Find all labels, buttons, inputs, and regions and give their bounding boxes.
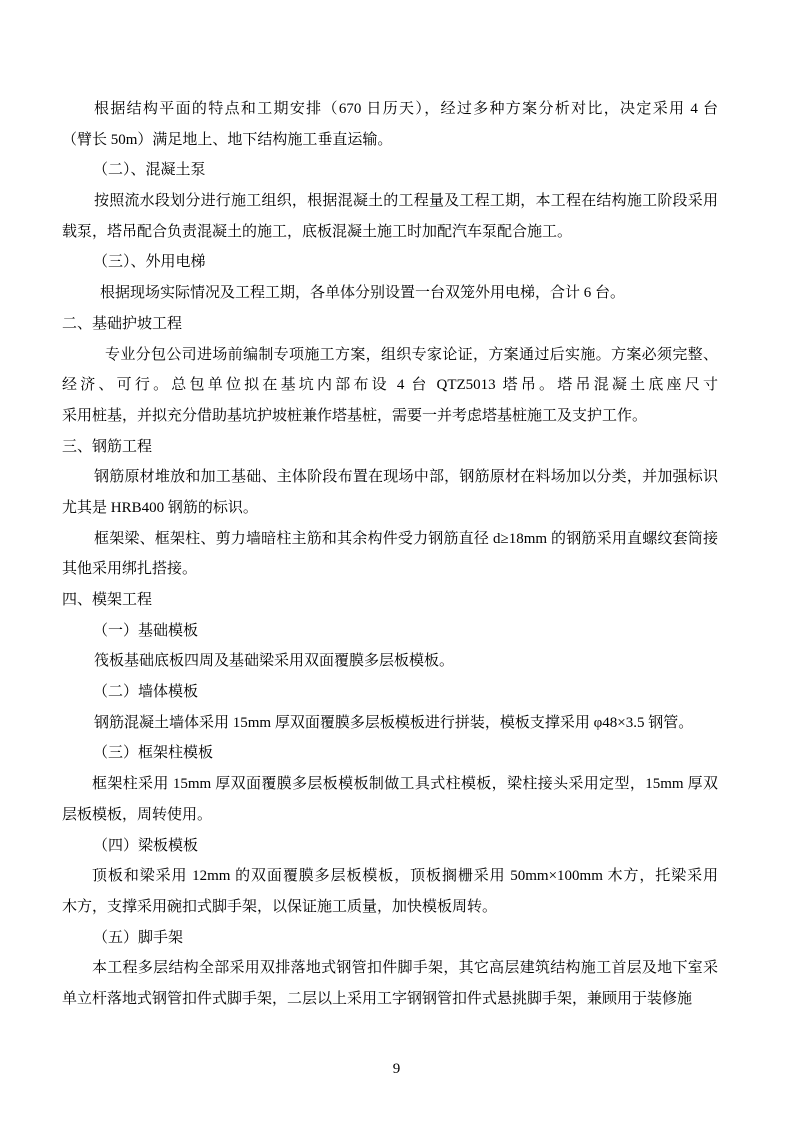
text-line: （三）框架柱模板 <box>62 738 718 769</box>
text-line: （二）、混凝土泵 <box>62 155 718 186</box>
text-line: 根据结构平面的特点和工期安排（670 日历天），经过多种方案分析对比，决定采用 … <box>62 94 718 125</box>
text-line: 钢筋混凝土墙体采用 15mm 厚双面覆膜多层板模板进行拼装，模板支撑采用 φ48… <box>62 708 718 739</box>
text-line: 经济、可行。总包单位拟在基坑内部布设 4 台 QTZ5013 塔吊。塔吊混凝土底… <box>62 370 718 401</box>
document-page: 根据结构平面的特点和工期安排（670 日历天），经过多种方案分析对比，决定采用 … <box>0 0 793 1122</box>
text-line: 尤其是 HRB400 钢筋的标识。 <box>62 493 718 524</box>
text-line: 框架柱采用 15mm 厚双面覆膜多层板模板制做工具式柱模板，梁柱接头采用定型，1… <box>62 769 718 800</box>
text-line: 四、模架工程 <box>62 585 718 616</box>
text-line: 筏板基础底板四周及基础梁采用双面覆膜多层板模板。 <box>62 646 718 677</box>
text-line: （二）墙体模板 <box>62 677 718 708</box>
page-number: 9 <box>0 1058 793 1080</box>
text-line: （五）脚手架 <box>62 923 718 954</box>
text-line: 专业分包公司进场前编制专项施工方案，组织专家论证，方案通过后实施。方案必须完整、… <box>62 340 718 371</box>
text-line: （三）、外用电梯 <box>62 247 718 278</box>
text-line: 层板模板，周转使用。 <box>62 800 718 831</box>
text-line: 根据现场实际情况及工程工期，各单体分别设置一台双笼外用电梯，合计 6 台。 <box>62 278 718 309</box>
text-line: （一）基础模板 <box>62 616 718 647</box>
text-line: 按照流水段划分进行施工组织，根据混凝土的工程量及工程工期，本工程在结构施工阶段采… <box>62 186 718 217</box>
text-line: 框架梁、框架柱、剪力墙暗柱主筋和其余构件受力钢筋直径 d≥18mm 的钢筋采用直… <box>62 524 718 555</box>
text-line: 三、钢筋工程 <box>62 432 718 463</box>
text-line: （四）梁板模板 <box>62 831 718 862</box>
text-line: 木方，支撑采用碗扣式脚手架，以保证施工质量，加快模板周转。 <box>62 892 718 923</box>
text-line: 采用桩基，并拟充分借助基坑护坡桩兼作塔基桩，需要一并考虑塔基桩施工及支护工作。 <box>62 401 718 432</box>
text-line: 二、基础护坡工程 <box>62 309 718 340</box>
text-line: 钢筋原材堆放和加工基础、主体阶段布置在现场中部，钢筋原材在料场加以分类，并加强标… <box>62 462 718 493</box>
text-line: （臂长 50m）满足地上、地下结构施工垂直运输。 <box>62 125 718 156</box>
text-line: 单立杆落地式钢管扣件式脚手架，二层以上采用工字钢钢管扣件式悬挑脚手架，兼顾用于装… <box>62 984 718 1015</box>
document-body: 根据结构平面的特点和工期安排（670 日历天），经过多种方案分析对比，决定采用 … <box>62 94 718 1015</box>
text-line: 本工程多层结构全部采用双排落地式钢管扣件脚手架，其它高层建筑结构施工首层及地下室… <box>62 953 718 984</box>
text-line: 载泵，塔吊配合负责混凝土的施工，底板混凝土施工时加配汽车泵配合施工。 <box>62 217 718 248</box>
text-line: 顶板和梁采用 12mm 的双面覆膜多层板模板，顶板搁栅采用 50mm×100mm… <box>62 861 718 892</box>
text-line: 其他采用绑扎搭接。 <box>62 554 718 585</box>
